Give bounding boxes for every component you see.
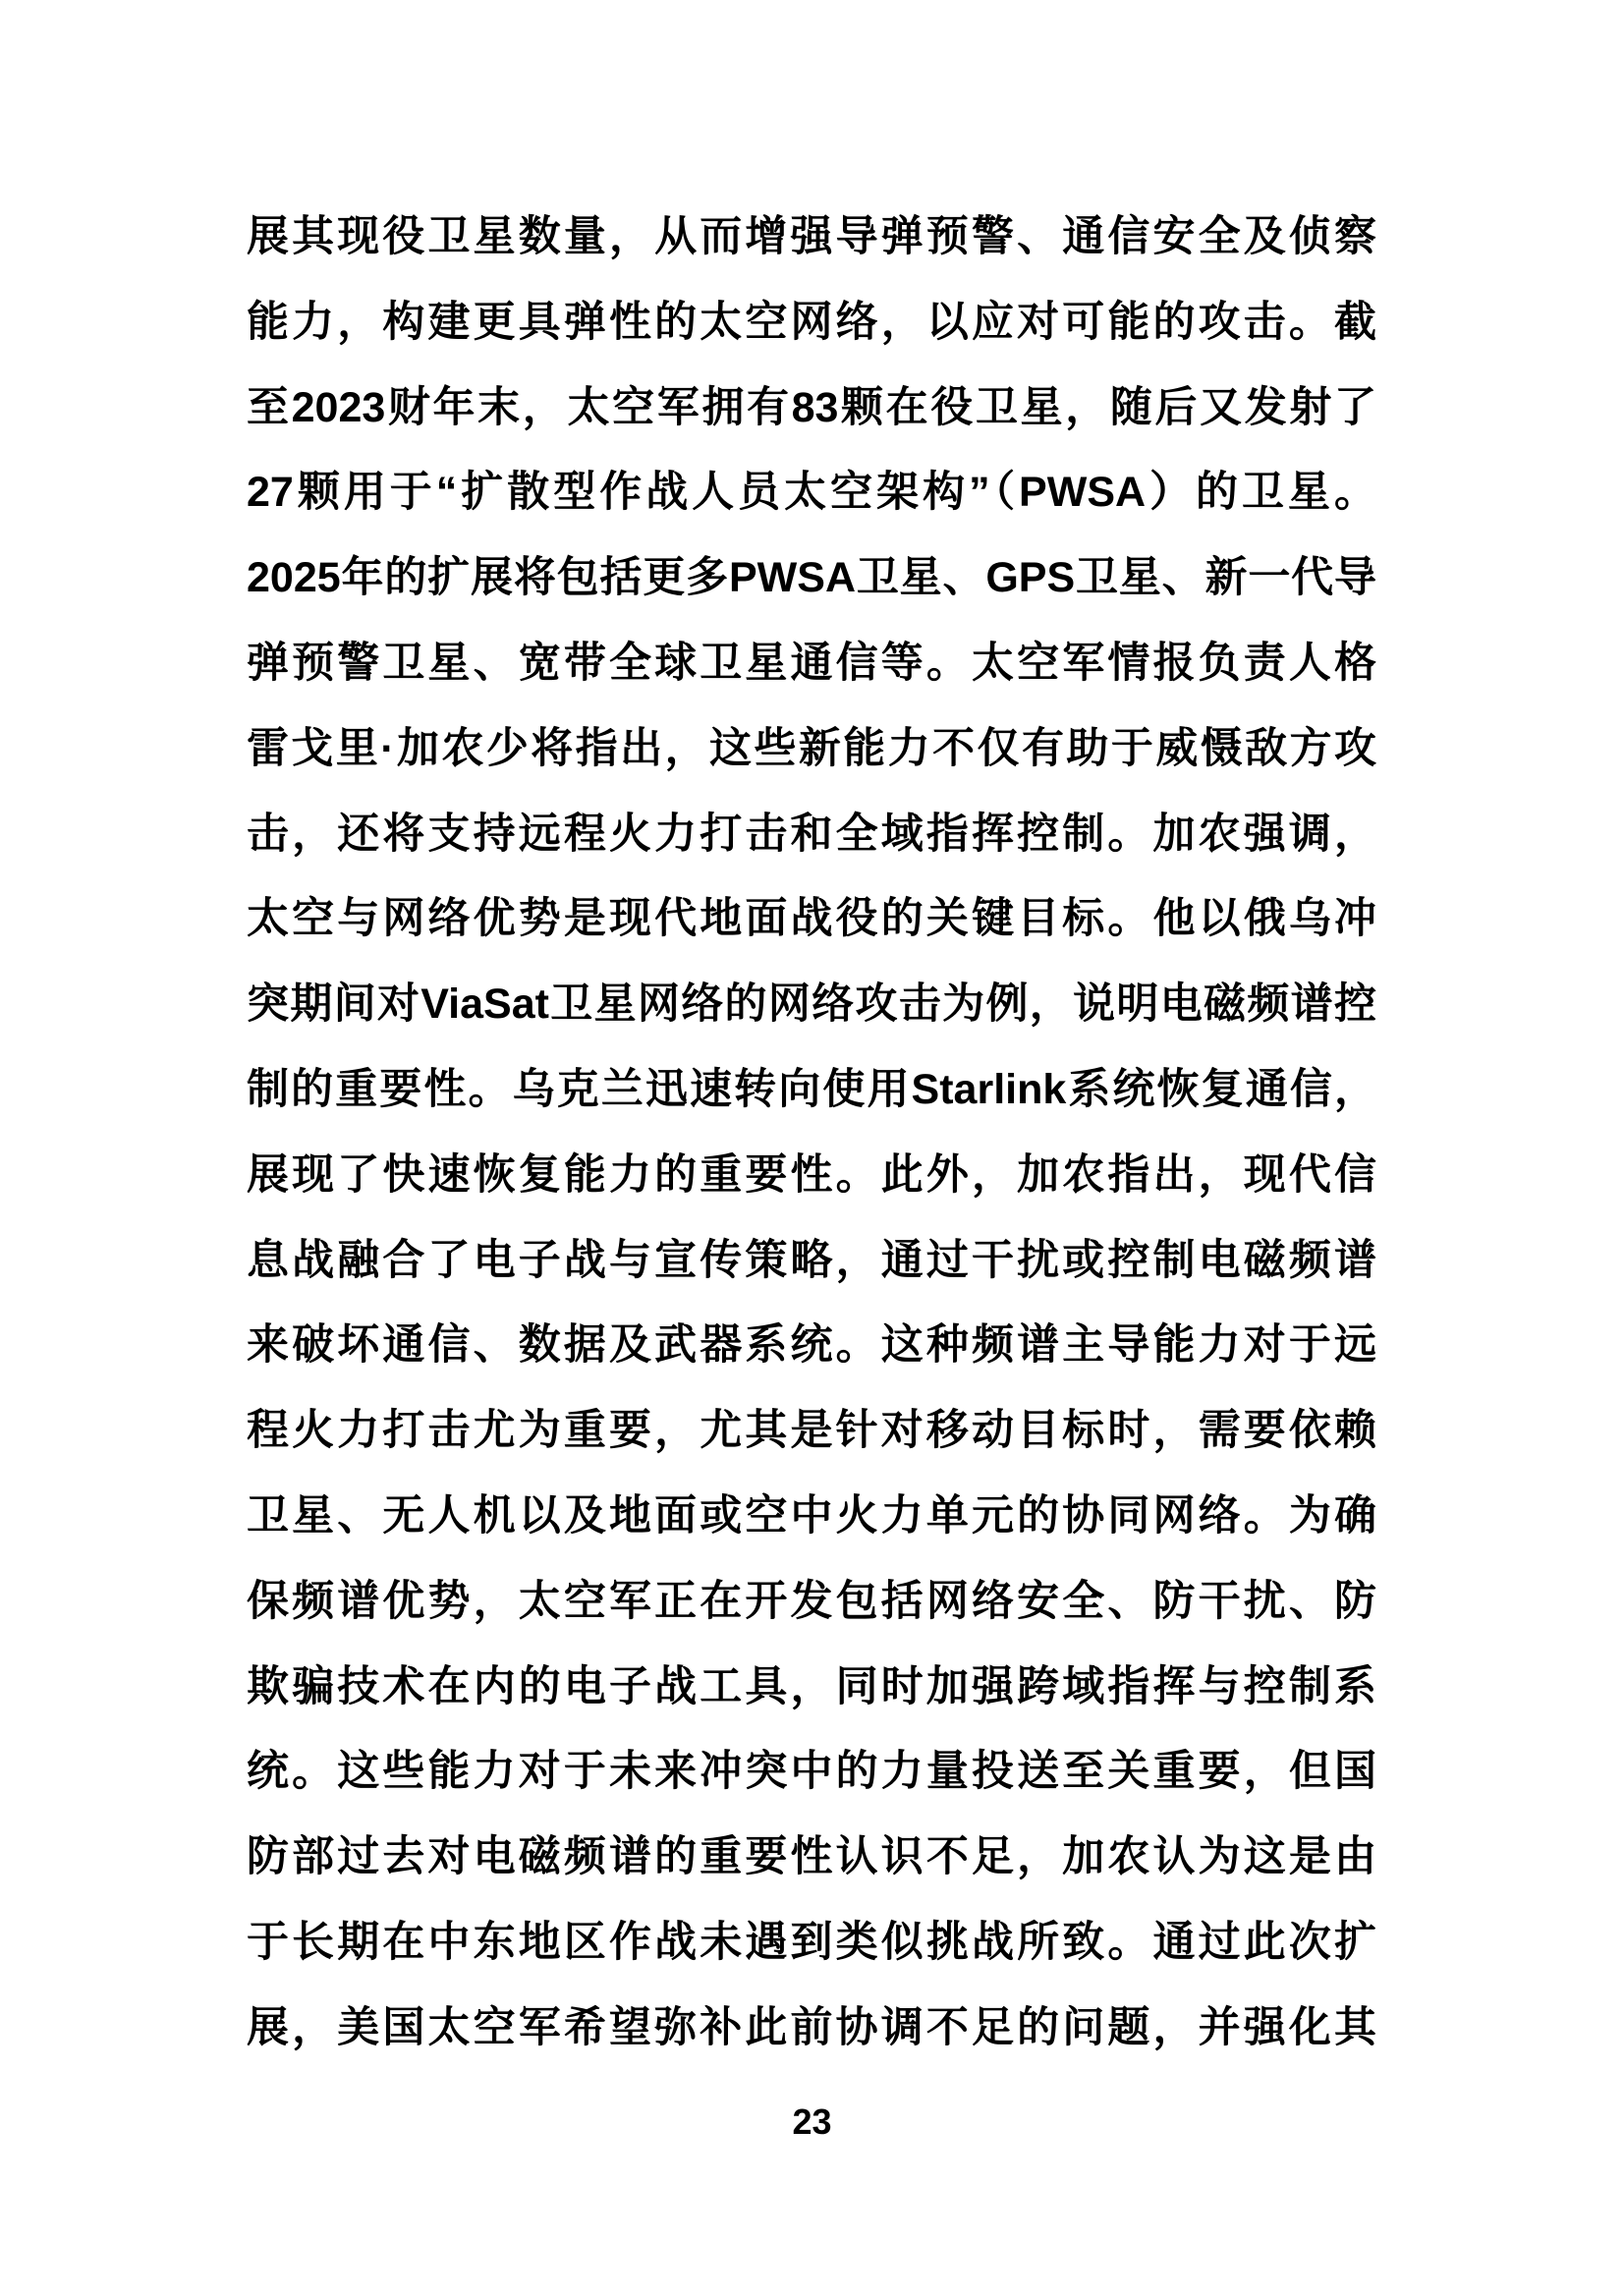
text-line: 展现了快速恢复能力的重要性。此外，加农指出，现代信 bbox=[247, 1133, 1376, 1218]
text-line: 展其现役卫星数量，从而增强导弹预警、通信安全及侦察 bbox=[247, 195, 1376, 280]
text-line: 弹预警卫星、宽带全球卫星通信等。太空军情报负责人格 bbox=[247, 621, 1376, 706]
text-line: 雷戈里·加农少将指出，这些新能力不仅有助于威慑敌方攻 bbox=[247, 706, 1376, 792]
text-line: 击，还将支持远程火力打击和全域指挥控制。加农强调， bbox=[247, 792, 1376, 877]
text-line: 息战融合了电子战与宣传策略，通过干扰或控制电磁频谱 bbox=[247, 1218, 1376, 1304]
text-line: 太空与网络优势是现代地面战役的关键目标。他以俄乌冲 bbox=[247, 876, 1376, 962]
text-line: 2025年的扩展将包括更多PWSA卫星、GPS卫星、新一代导 bbox=[247, 535, 1376, 621]
document-page: 展其现役卫星数量，从而增强导弹预警、通信安全及侦察能力，构建更具弹性的太空网络，… bbox=[0, 0, 1624, 2296]
text-line: 来破坏通信、数据及武器系统。这种频谱主导能力对于远 bbox=[247, 1303, 1376, 1388]
text-line: 制的重要性。乌克兰迅速转向使用Starlink系统恢复通信， bbox=[247, 1047, 1376, 1133]
text-line: 保频谱优势，太空军正在开发包括网络安全、防干扰、防 bbox=[247, 1559, 1376, 1645]
text-line: 能力，构建更具弹性的太空网络，以应对可能的攻击。截 bbox=[247, 280, 1376, 365]
text-line: 欺骗技术在内的电子战工具，同时加强跨域指挥与控制系 bbox=[247, 1645, 1376, 1730]
text-line: 突期间对ViaSat卫星网络的网络攻击为例，说明电磁频谱控 bbox=[247, 962, 1376, 1047]
text-line: 27颗用于“扩散型作战人员太空架构”（PWSA）的卫星。 bbox=[247, 450, 1376, 535]
text-line: 于长期在中东地区作战未遇到类似挑战所致。通过此次扩 bbox=[247, 1900, 1376, 1986]
text-line: 至2023财年末，太空军拥有83颗在役卫星，随后又发射了 bbox=[247, 365, 1376, 451]
text-line: 展，美国太空军希望弥补此前协调不足的问题，并强化其 bbox=[247, 1986, 1376, 2071]
text-line: 卫星、无人机以及地面或空中火力单元的协同网络。为确 bbox=[247, 1474, 1376, 1559]
page-number: 23 bbox=[0, 2100, 1624, 2144]
text-line: 统。这些能力对于未来冲突中的力量投送至关重要，但国 bbox=[247, 1729, 1376, 1815]
text-line: 程火力打击尤为重要，尤其是针对移动目标时，需要依赖 bbox=[247, 1388, 1376, 1474]
text-line: 防部过去对电磁频谱的重要性认识不足，加农认为这是由 bbox=[247, 1815, 1376, 1900]
body-text-block: 展其现役卫星数量，从而增强导弹预警、通信安全及侦察能力，构建更具弹性的太空网络，… bbox=[247, 195, 1376, 2071]
